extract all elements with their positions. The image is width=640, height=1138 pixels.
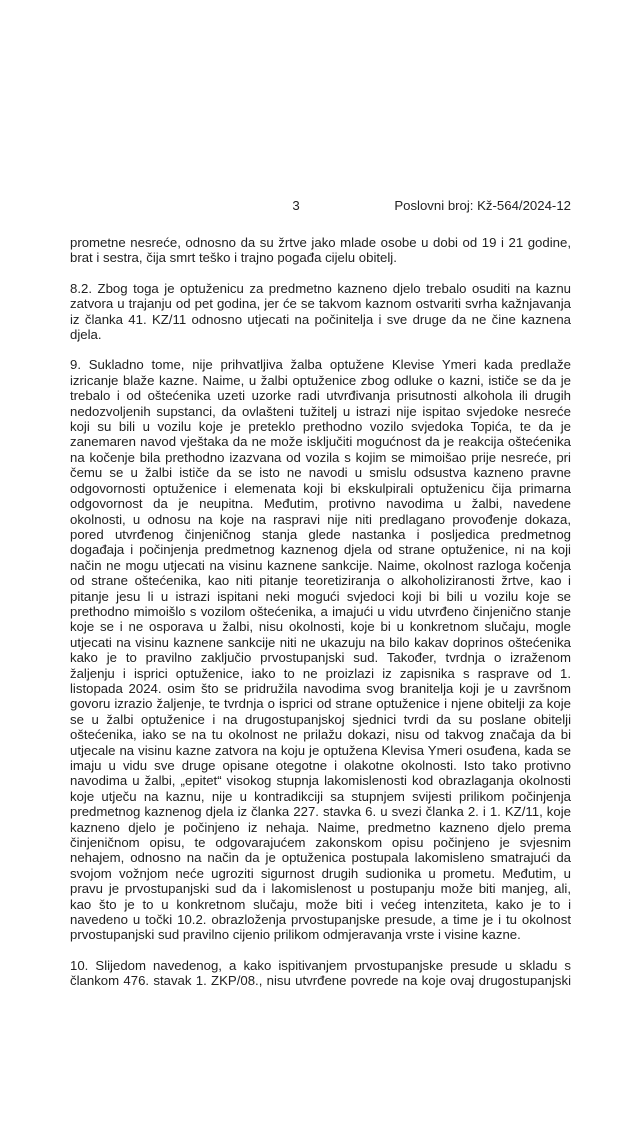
text-line: 9. Sukladno tome, nije prihvatljiva žalb… <box>70 357 571 372</box>
text-line: zanemaren navod vještaka da ne može iskl… <box>70 434 571 449</box>
business-number: Poslovni broj: Kž-564/2024-12 <box>394 198 571 213</box>
text-line: trebalo i od oštećenika uzeti uzorke rad… <box>70 388 571 403</box>
text-line: člankom 476. stavak 1. ZKP/08., nisu utv… <box>70 973 571 988</box>
text-line: odgovornosti optuženice i elemenata koji… <box>70 481 571 496</box>
text-line: imaju u vidu sve druge opisane otegotne … <box>70 758 571 773</box>
text-line: oštećenika, iako se na tu okolnost ne pr… <box>70 727 571 742</box>
text-line: utjecale na visinu kazne zatvora na koju… <box>70 743 571 758</box>
text-line: se u žalbi optuženice i na drugostupanjs… <box>70 712 571 727</box>
text-line: način ne mogu utjecati na visinu kaznene… <box>70 558 571 573</box>
text-line: listopada 2024. osim što se pridružila n… <box>70 681 571 696</box>
text-line: okolnosti, u odnosu na koje na raspravi … <box>70 512 571 527</box>
text-line: prometne nesreće, odnosno da su žrtve ja… <box>70 235 571 250</box>
text-line: čemu se u žalbi ističe da se isto ne nav… <box>70 465 571 480</box>
text-line: kako je to pravilno zaključio prvostupan… <box>70 650 571 665</box>
paragraph: 9. Sukladno tome, nije prihvatljiva žalb… <box>70 357 571 942</box>
text-line: odgovornost da je neupitna. Međutim, pro… <box>70 496 571 511</box>
text-line: koje utječu na kaznu, nije u kontradikci… <box>70 789 571 804</box>
document-page: 3 Poslovni broj: Kž-564/2024-12 prometne… <box>0 0 640 1138</box>
page-header: 3 Poslovni broj: Kž-564/2024-12 <box>70 198 571 214</box>
text-line: pravu je prvostupanjski sud da i lakomis… <box>70 881 571 896</box>
text-line: 10. Slijedom navedenog, a kako ispitivan… <box>70 958 571 973</box>
text-line: utjecati na visinu kaznene sankcije niti… <box>70 635 571 650</box>
text-line: svojom vožnjom neće ugroziti sigurnost d… <box>70 866 571 881</box>
text-line: nedozvoljenih supstanci, da ovlašteni tu… <box>70 404 571 419</box>
text-line: navedeno u točki 10.2. obrazloženja prvo… <box>70 912 571 927</box>
text-line: od strane oštećenika, kao niti pitanje t… <box>70 573 571 588</box>
paragraph: prometne nesreće, odnosno da su žrtve ja… <box>70 235 571 266</box>
paragraph: 10. Slijedom navedenog, a kako ispitivan… <box>70 958 571 989</box>
text-line: pored utvrđenog činjeničnog stanja glede… <box>70 527 571 542</box>
text-line: koji su bili u vozilu koje je preteklo p… <box>70 419 571 434</box>
page-number: 3 <box>288 198 304 213</box>
text-line: zatvora u trajanju od pet godina, jer će… <box>70 296 571 311</box>
text-line: koje se i ne osporava u žalbi, nisu okol… <box>70 619 571 634</box>
text-line: žaljenju i isprici optuženice, iako to n… <box>70 666 571 681</box>
text-line: predmetnog kaznenog djela iz članka 227.… <box>70 804 571 819</box>
text-line: prethodno mimoišlo s vozilom oštećenika,… <box>70 604 571 619</box>
text-line: djela. <box>70 327 571 342</box>
text-line: nehajem, odnosno na način da je optuženi… <box>70 850 571 865</box>
text-line: prvostupanjski sud pravilno cijenio pril… <box>70 927 571 942</box>
text-line: izricanje blaže kazne. Naime, u žalbi op… <box>70 373 571 388</box>
text-line: iz članka 41. KZ/11 odnosno utjecati na … <box>70 312 571 327</box>
text-line: 8.2. Zbog toga je optuženicu za predmetn… <box>70 281 571 296</box>
document-body: prometne nesreće, odnosno da su žrtve ja… <box>70 235 571 989</box>
text-line: govoru izrazio žaljenje, te tvrdnja o is… <box>70 696 571 711</box>
text-line: pitanje jesu li u istrazi ispitani neki … <box>70 589 571 604</box>
text-line: činjeničnom opisu, te odgovarajućem zako… <box>70 835 571 850</box>
text-line: na kočenje bila prethodno izazvana od vo… <box>70 450 571 465</box>
paragraph: 8.2. Zbog toga je optuženicu za predmetn… <box>70 281 571 343</box>
text-line: navodima u žalbi, „epitet“ visokog stupn… <box>70 773 571 788</box>
text-line: kazneno djelo je počinjeno iz nehaja. Na… <box>70 820 571 835</box>
text-line: događaja i počinjenja predmetnog kazneno… <box>70 542 571 557</box>
text-line: kao što je to u konkretnom slučaju, može… <box>70 897 571 912</box>
text-line: brat i sestra, čija smrt teško i trajno … <box>70 250 571 265</box>
